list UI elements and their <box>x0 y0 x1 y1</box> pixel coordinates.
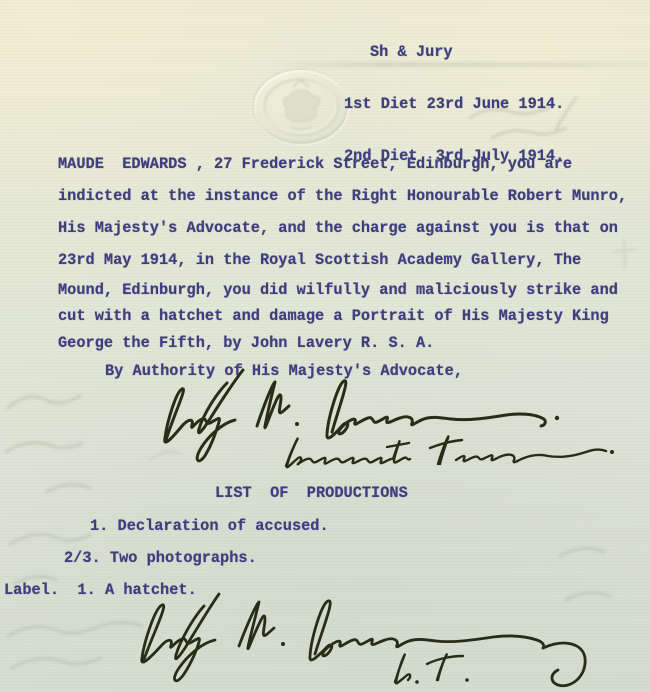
indictment-line: indicted at the instance of the Right Ho… <box>58 187 627 205</box>
production-item: 2/3. Two photographs. <box>64 549 257 567</box>
signature-procurator-fiscal <box>140 366 620 480</box>
first-diet-line: 1st Diet 23rd June 1914. <box>344 96 564 113</box>
indictment-line: His Majesty's Advocate, and the charge a… <box>58 219 618 237</box>
production-item: 1. Declaration of accused. <box>90 517 329 535</box>
indictment-line: cut with a hatchet and damage a Portrait… <box>58 307 609 325</box>
indictment-line: Mound, Edinburgh, you did wilfully and m… <box>58 281 618 299</box>
case-type-line: Sh & Jury <box>344 44 564 61</box>
indictment-document-page: Sh & Jury 1st Diet 23rd June 1914. 2nd D… <box>0 0 650 692</box>
indictment-line: MAUDE EDWARDS , 27 Frederick Street, Edi… <box>58 155 572 173</box>
productions-title: LIST OF PRODUCTIONS <box>215 484 408 502</box>
signature-name-strokes <box>165 370 559 461</box>
embossed-seal-icon <box>254 70 348 144</box>
seal-crest-art <box>254 70 348 144</box>
seal-crest-strokes <box>262 77 338 135</box>
indictment-line: George the Fifth, by John Lavery R. S. A… <box>58 334 434 352</box>
signature-name-strokes <box>142 594 585 686</box>
signature-title-strokes <box>395 654 469 684</box>
indictment-line: 23rd May 1914, in the Royal Scottish Aca… <box>58 251 581 269</box>
signature-title-strokes <box>286 436 614 467</box>
signature-pf <box>115 592 615 692</box>
